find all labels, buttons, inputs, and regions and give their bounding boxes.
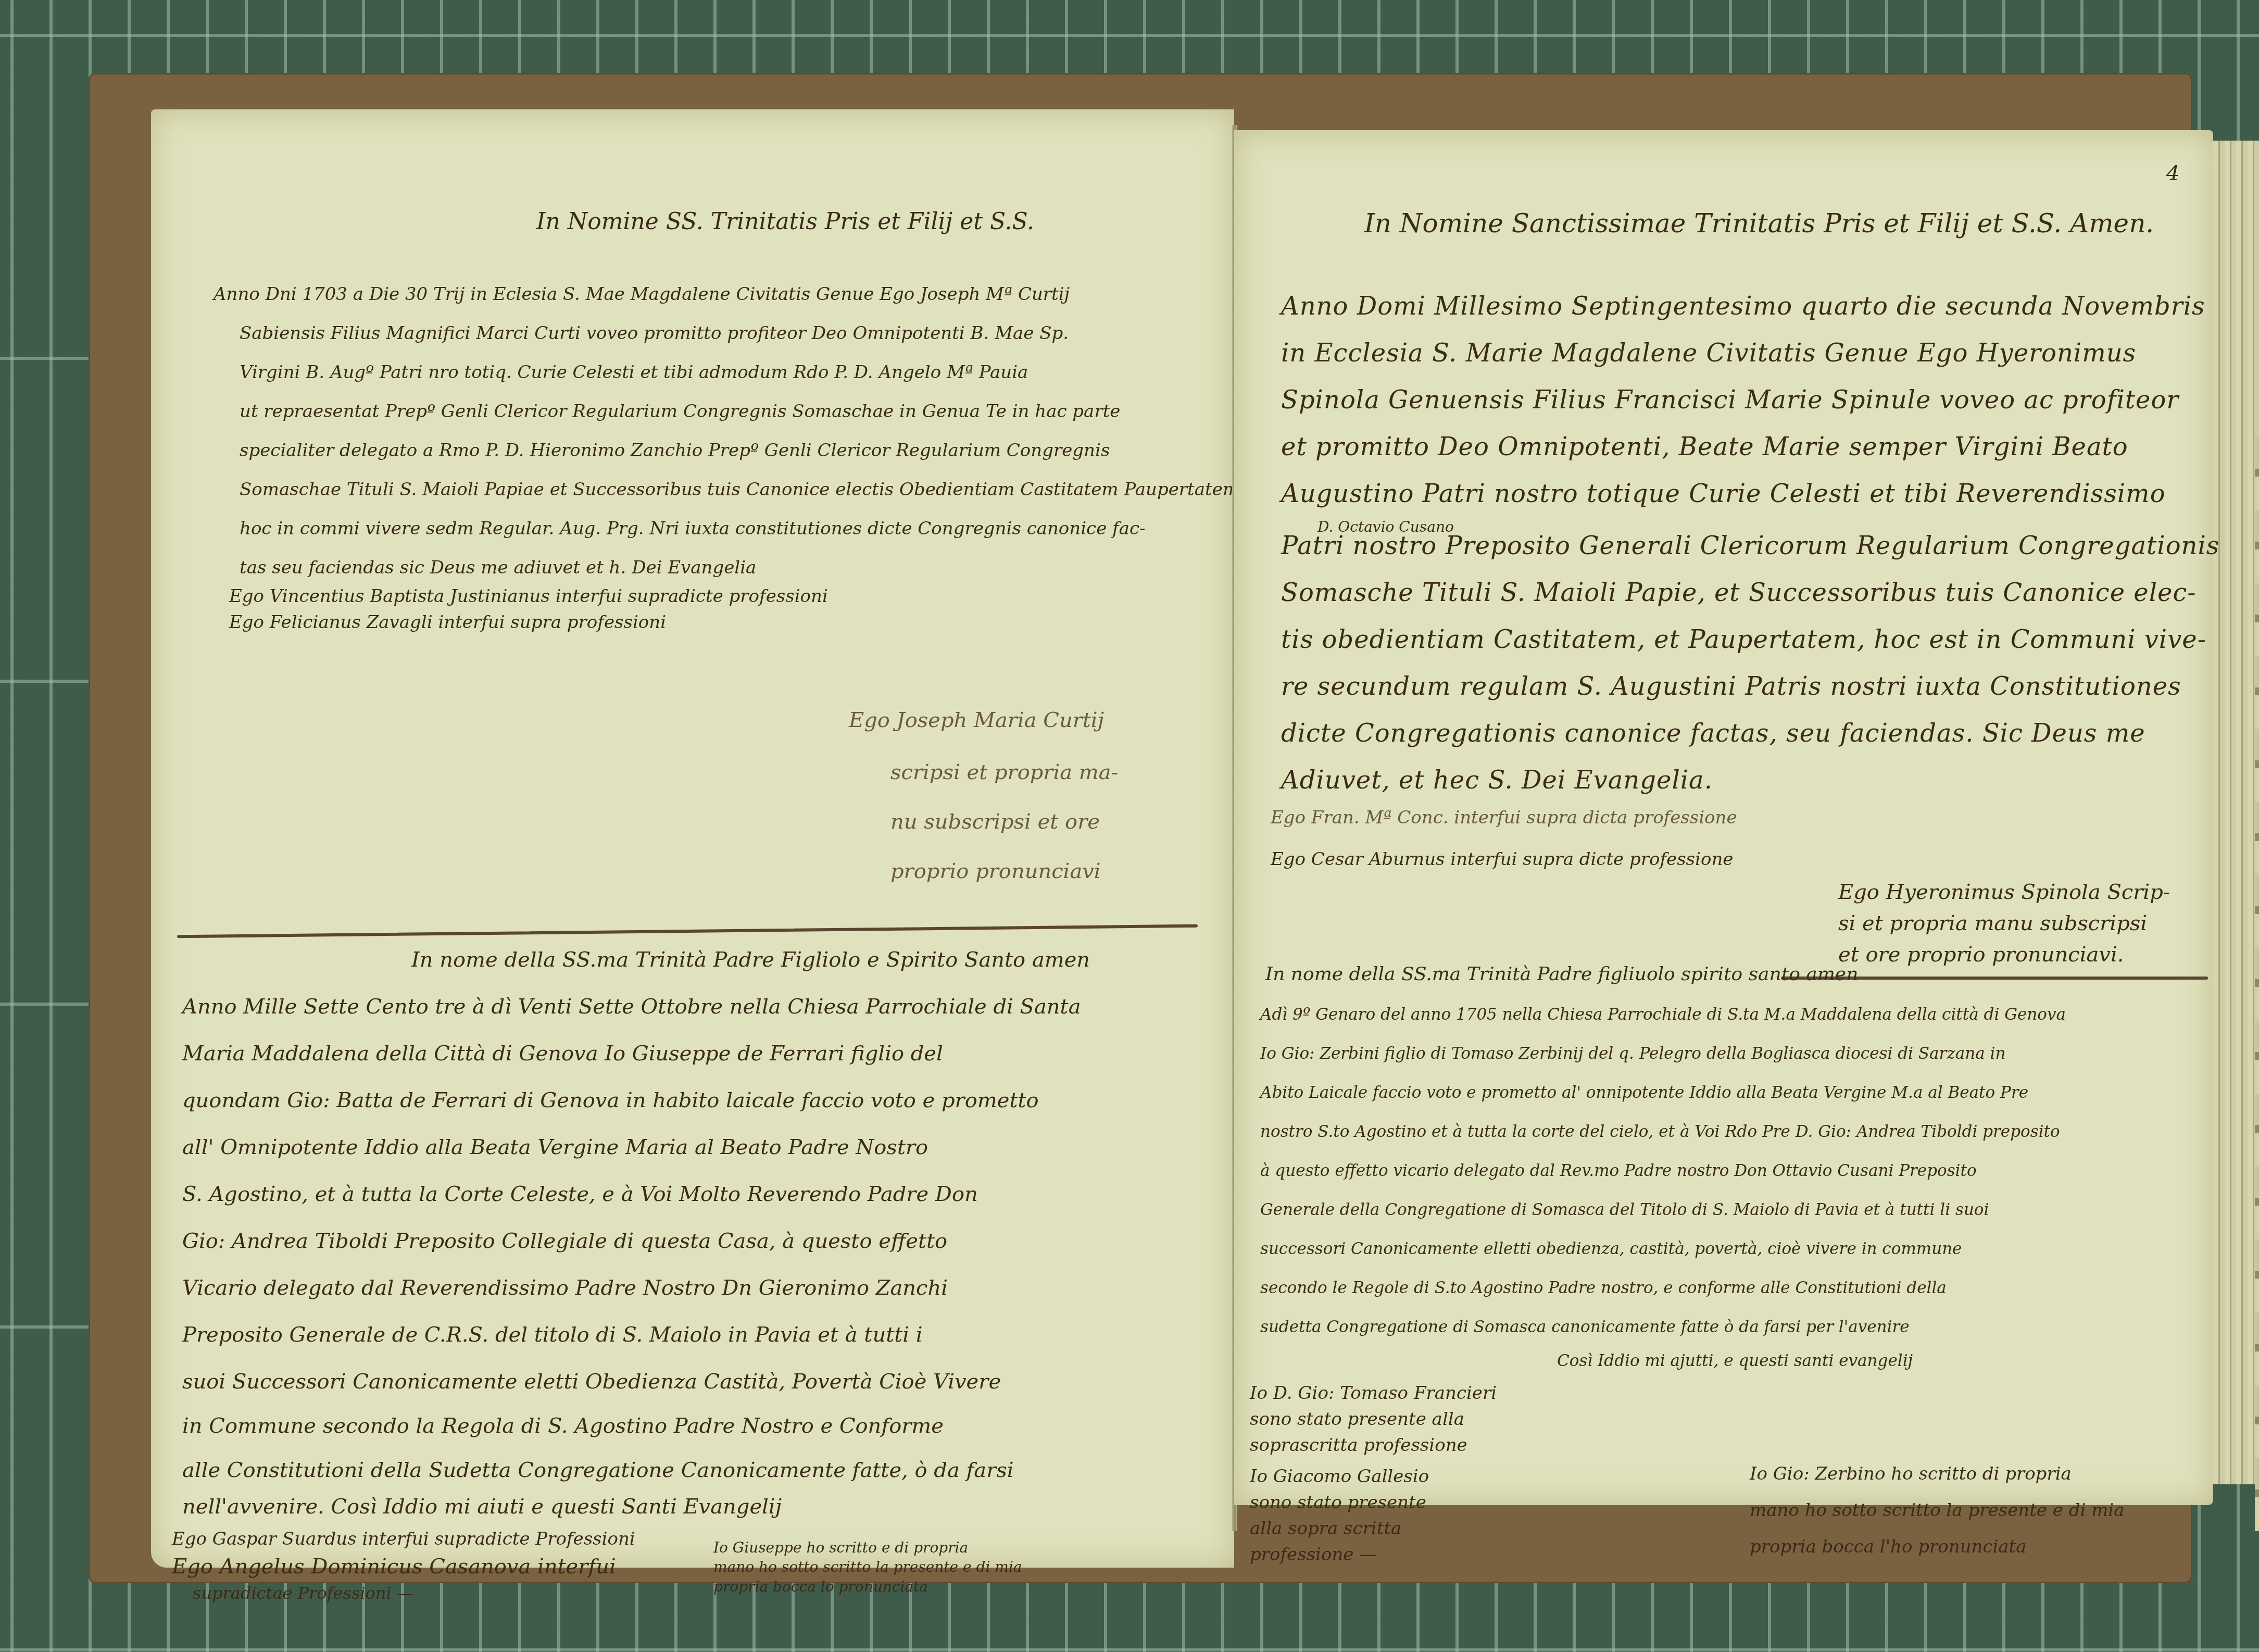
text-line: Patri nostro Preposito Generali Clericor… bbox=[1281, 531, 2219, 560]
text-line: Io Gio: Zerbini figlio di Tomaso Zerbini… bbox=[1260, 1044, 2005, 1063]
text-line: Maria Maddalena della Città di Genova Io… bbox=[182, 1042, 943, 1066]
text-line: Anno Dni 1703 a Die 30 Trij in Eclesia S… bbox=[214, 284, 1070, 305]
text-line: in Commune secondo la Regola di S. Agost… bbox=[182, 1414, 944, 1438]
witness-line: sono stato presente bbox=[1250, 1492, 1426, 1513]
witness-line: alla sopra scritta bbox=[1250, 1518, 1401, 1539]
text-line: sudetta Congregatione di Somasca canonic… bbox=[1260, 1318, 1910, 1336]
right-page: 4 In Nomine Sanctissimae Trinitatis Pris… bbox=[1234, 130, 2213, 1505]
text-line: Preposito Generale de C.R.S. del titolo … bbox=[182, 1323, 923, 1347]
text-line: dicte Congregationis canonice factas, se… bbox=[1281, 719, 2145, 748]
text-line: à questo effetto vicario delegato dal Re… bbox=[1260, 1161, 1977, 1180]
witness-line: Ego Fran. Mª Conc. interfui supra dicta … bbox=[1271, 807, 1737, 828]
torn-page-edges bbox=[2255, 437, 2259, 1531]
signature-line: Ego Hyeronimus Spinola Scrip- bbox=[1838, 880, 2170, 904]
signature-line: Io Giuseppe ho scritto e di propria bbox=[713, 1539, 968, 1556]
text-line: Somasche Tituli S. Maioli Papie, et Succ… bbox=[1281, 578, 2197, 607]
text-line: Abito Laicale faccio voto e prometto al'… bbox=[1260, 1083, 2028, 1102]
witness-line: Ego Cesar Aburnus interfui supra dicte p… bbox=[1271, 849, 1733, 870]
witness-line: Io D. Gio: Tomaso Francieri bbox=[1250, 1383, 1497, 1404]
witness-line: soprascritta professione bbox=[1250, 1435, 1467, 1456]
signature-line: propria bocca l'ho pronunciata bbox=[1750, 1536, 2027, 1557]
text-line: Generale della Congregatione di Somasca … bbox=[1260, 1200, 1989, 1219]
text-line: Sabiensis Filius Magnifici Marci Curti v… bbox=[240, 323, 1069, 344]
signature-line: mano ho sotto scritto la presente e di m… bbox=[713, 1558, 1022, 1575]
right-page-heading: In Nomine Sanctissimae Trinitatis Pris e… bbox=[1364, 208, 2154, 239]
text-line: Augustino Patri nostro totique Curie Cel… bbox=[1281, 479, 2166, 508]
text-line: et promitto Deo Omnipotenti, Beate Marie… bbox=[1281, 432, 2128, 461]
page-number: 4 bbox=[2166, 161, 2179, 185]
text-line: Somaschae Tituli S. Maioli Papiae et Suc… bbox=[240, 479, 1239, 500]
text-line: Vicario delegato dal Reverendissimo Padr… bbox=[182, 1276, 948, 1300]
signature-line: si et propria manu subscripsi bbox=[1838, 911, 2147, 935]
text-line: nostro S.to Agostino et à tutta la corte… bbox=[1260, 1122, 2060, 1141]
witness-line: sono stato presente alla bbox=[1250, 1409, 1464, 1430]
text-line: Anno Mille Sette Cento tre à dì Venti Se… bbox=[182, 995, 1081, 1019]
signature-line: mano ho sotto scritto la presente e di m… bbox=[1750, 1500, 2125, 1521]
text-line: successori Canonicamente elletti obedien… bbox=[1260, 1240, 1962, 1258]
witness-line: Ego Felicianus Zavagli interfui supra pr… bbox=[229, 612, 666, 633]
text-line: hoc in commi vivere sedm Regular. Aug. P… bbox=[240, 518, 1145, 539]
text-line: Così Iddio mi ajutti, e questi santi eva… bbox=[1557, 1351, 1913, 1370]
witness-line: supradictae Professioni — bbox=[193, 1583, 413, 1603]
text-line: re secundum regulam S. Augustini Patris … bbox=[1281, 672, 2181, 701]
signature-line: et ore proprio pronunciavi. bbox=[1838, 943, 2124, 967]
left-page: In Nomine SS. Trinitatis Pris et Filij e… bbox=[151, 109, 1234, 1568]
text-line: quondam Gio: Batta de Ferrari di Genova … bbox=[182, 1088, 1039, 1112]
text-line: secondo le Regole di S.to Agostino Padre… bbox=[1260, 1279, 1947, 1297]
witness-line: Ego Angelus Dominicus Casanova interfui bbox=[172, 1555, 616, 1579]
text-line: Anno Domi Millesimo Septingentesimo quar… bbox=[1281, 292, 2205, 321]
text-line: all' Omnipotente Iddio alla Beata Vergin… bbox=[182, 1135, 928, 1159]
text-line: suoi Successori Canonicamente eletti Obe… bbox=[182, 1370, 1001, 1394]
signature-line: scripsi et propria ma- bbox=[890, 760, 1118, 784]
witness-line: Io Giacomo Gallesio bbox=[1250, 1466, 1429, 1487]
page-stack-edge bbox=[2213, 141, 2259, 1484]
text-line: nell'avvenire. Così Iddio mi aiuti e que… bbox=[182, 1495, 782, 1519]
open-register-book: In Nomine SS. Trinitatis Pris et Filij e… bbox=[89, 73, 2192, 1583]
text-line: specialiter delegato a Rmo P. D. Hieroni… bbox=[240, 440, 1110, 461]
text-line: tas seu faciendas sic Deus me adiuvet et… bbox=[240, 557, 756, 578]
left-page-heading: In Nomine SS. Trinitatis Pris et Filij e… bbox=[536, 208, 1034, 235]
signature-line: propria bocca lo pronunciata bbox=[713, 1578, 928, 1595]
signature-line: proprio pronunciavi bbox=[890, 859, 1101, 883]
entry-divider bbox=[177, 924, 1198, 938]
witness-line: Ego Vincentius Baptista Justinianus inte… bbox=[229, 586, 828, 607]
text-line: Virgini B. Augº Patri nro totiq. Curie C… bbox=[240, 362, 1028, 383]
text-line: Adiuvet, et hec S. Dei Evangelia. bbox=[1281, 766, 1713, 795]
signature-line: nu subscripsi et ore bbox=[890, 810, 1100, 834]
signature-line: Io Gio: Zerbino ho scritto di propria bbox=[1750, 1463, 2072, 1484]
text-line: S. Agostino, et à tutta la Corte Celeste… bbox=[182, 1182, 978, 1206]
entry-heading: In nome della SS.ma Trinità Padre figliu… bbox=[1265, 963, 1858, 985]
text-line: tis obedientiam Castitatem, et Paupertat… bbox=[1281, 625, 2206, 654]
signature-line: Ego Joseph Maria Curtij bbox=[849, 708, 1104, 732]
text-line: ut repraesentat Prepº Genli Clericor Reg… bbox=[240, 401, 1120, 422]
text-line: Gio: Andrea Tiboldi Preposito Collegiale… bbox=[182, 1229, 947, 1253]
witness-line: professione — bbox=[1250, 1544, 1377, 1565]
text-line: in Ecclesia S. Marie Magdalene Civitatis… bbox=[1281, 339, 2136, 368]
text-line: Adì 9º Genaro del anno 1705 nella Chiesa… bbox=[1260, 1005, 2066, 1024]
text-line: alle Constitutioni della Sudetta Congreg… bbox=[182, 1458, 1014, 1482]
witness-line: Ego Gaspar Suardus interfui supradicte P… bbox=[172, 1529, 635, 1549]
text-line: Spinola Genuensis Filius Francisci Marie… bbox=[1281, 385, 2179, 415]
entry-heading: In nome della SS.ma Trinità Padre Figlio… bbox=[411, 948, 1090, 972]
